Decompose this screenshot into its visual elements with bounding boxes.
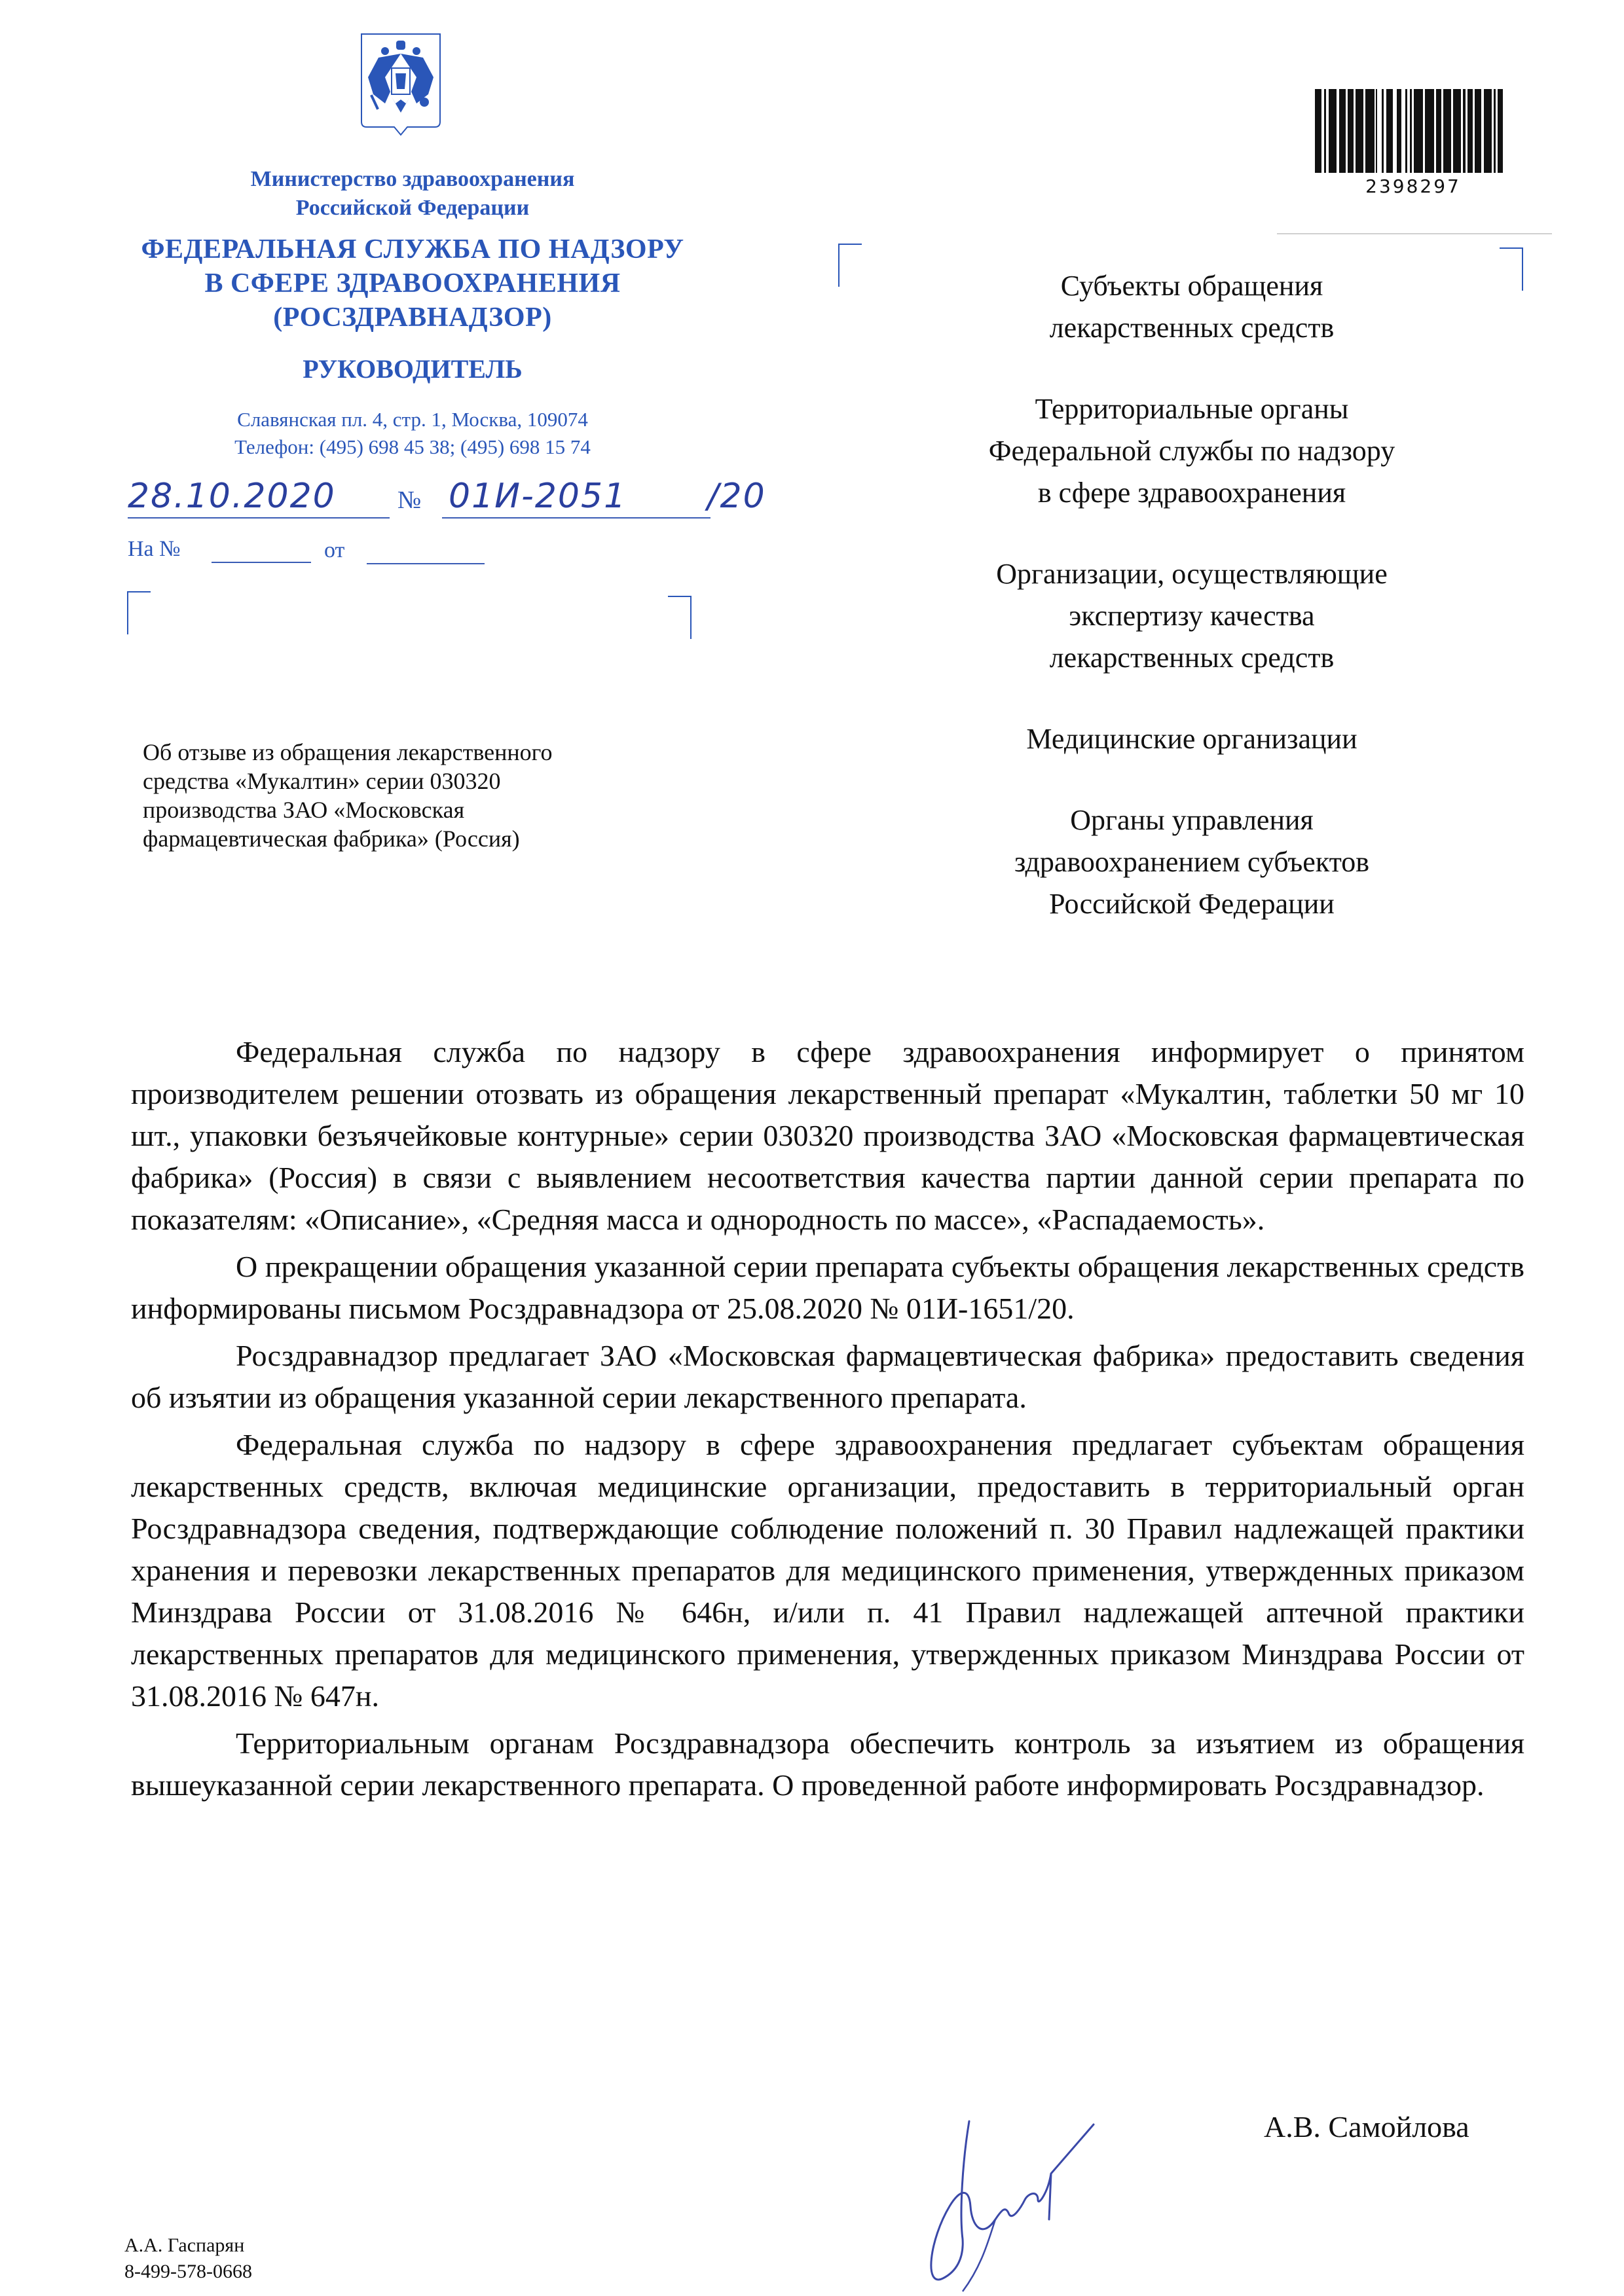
barcode-icon	[1315, 89, 1511, 175]
addressee-line: Федеральной службы по надзору	[904, 430, 1480, 472]
bracket-corner	[1500, 247, 1523, 291]
ministry-name: Министерство здравоохранения Российской …	[164, 165, 661, 223]
addressee-line: Организации, осуществляющие	[904, 553, 1480, 595]
subject-line: Об отзыве из обращения лекарственного	[143, 738, 699, 767]
addressee-line: лекарственных средств	[904, 307, 1480, 349]
signer-name: А.В. Самойлова	[1264, 2109, 1469, 2144]
phone: Телефон: (495) 698 45 38; (495) 698 15 7…	[164, 433, 661, 461]
service-name: ФЕДЕРАЛЬНАЯ СЛУЖБА ПО НАДЗОРУ В СФЕРЕ ЗД…	[105, 232, 720, 335]
reference-date-field	[367, 563, 485, 564]
reference-number-label: На №	[128, 537, 181, 562]
service-line: ФЕДЕРАЛЬНАЯ СЛУЖБА ПО НАДЗОРУ	[105, 232, 720, 266]
barcode-number: 2398297	[1315, 175, 1511, 197]
registration-row: 28.10.2020 № 01И-2051 /20	[118, 477, 838, 522]
address: Славянская пл. 4, стр. 1, Москва, 109074	[164, 406, 661, 433]
addressee-line: Субъекты обращения	[904, 265, 1480, 307]
subject-line: производства ЗАО «Московская	[143, 795, 699, 824]
addressee-line: Медицинские организации	[904, 718, 1480, 760]
body-paragraph: Федеральная служба по надзору в сфере зд…	[131, 1031, 1524, 1241]
bracket-corner	[838, 244, 862, 287]
executor-phone: 8-499-578-0668	[124, 2259, 252, 2285]
body-paragraph: Федеральная служба по надзору в сфере зд…	[131, 1424, 1524, 1717]
ministry-line: Российской Федерации	[164, 194, 661, 223]
addressee-line: экспертизу качества	[904, 595, 1480, 637]
bracket-corner	[127, 591, 151, 634]
divider	[1277, 233, 1552, 234]
addressee-line: в сфере здравоохранения	[904, 472, 1480, 514]
executor-name: А.А. Гаспарян	[124, 2232, 252, 2259]
bracket-corner	[668, 596, 692, 639]
reference-number-field	[212, 562, 311, 563]
addressee-line: Органы управления	[904, 799, 1480, 841]
executor-block: А.А. Гаспарян 8-499-578-0668	[124, 2232, 252, 2285]
addressee: Органы управления здравоохранением субъе…	[904, 799, 1480, 925]
number-sign: №	[397, 486, 421, 515]
addressee-line: Российской Федерации	[904, 883, 1480, 925]
body-paragraph: Территориальным органам Росздравнадзора …	[131, 1722, 1524, 1806]
subject-line: фармацевтическая фабрика» (Россия)	[143, 824, 699, 853]
letter-body: Федеральная служба по надзору в сфере зд…	[131, 1031, 1524, 1812]
ministry-line: Министерство здравоохранения	[164, 165, 661, 194]
letter-subject: Об отзыве из обращения лекарственного ср…	[143, 738, 699, 853]
addressee-list: Субъекты обращения лекарственных средств…	[904, 265, 1480, 964]
registration-number: 01И-2051	[442, 477, 710, 519]
reference-date-label: от	[324, 538, 344, 563]
addressee-line: здравоохранением субъектов	[904, 841, 1480, 883]
addressee-line: Территориальные органы	[904, 388, 1480, 430]
addressee: Медицинские организации	[904, 718, 1480, 760]
addressee-line: лекарственных средств	[904, 637, 1480, 679]
addressee: Территориальные органы Федеральной служб…	[904, 388, 1480, 514]
body-paragraph: О прекращении обращения указанной серии …	[131, 1246, 1524, 1330]
addressee: Организации, осуществляющие экспертизу к…	[904, 553, 1480, 679]
registration-number-suffix: /20	[707, 477, 766, 516]
subject-line: средства «Мукалтин» серии 030320	[143, 767, 699, 795]
service-line: (РОСЗДРАВНАДЗОР)	[105, 301, 720, 335]
registration-date: 28.10.2020	[128, 477, 390, 519]
position-title: РУКОВОДИТЕЛЬ	[164, 354, 661, 384]
russian-coat-of-arms-icon	[359, 31, 443, 137]
service-line: В СФЕРЕ ЗДРАВООХРАНЕНИЯ	[105, 266, 720, 301]
addressee: Субъекты обращения лекарственных средств	[904, 265, 1480, 349]
body-paragraph: Росздравнадзор предлагает ЗАО «Московска…	[131, 1335, 1524, 1419]
handwritten-signature-icon	[897, 2108, 1120, 2296]
contact-block: Славянская пл. 4, стр. 1, Москва, 109074…	[164, 406, 661, 461]
reference-row: На № от	[128, 537, 717, 576]
